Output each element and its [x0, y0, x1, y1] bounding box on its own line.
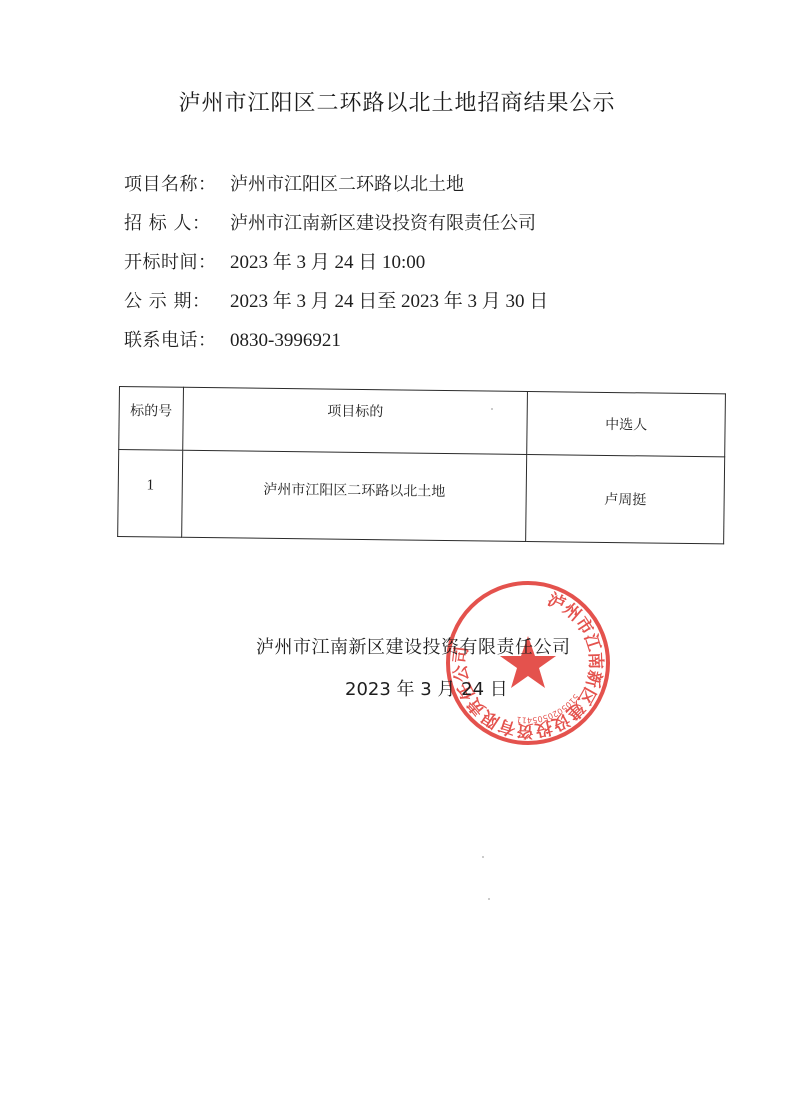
table-row: 1 泸州市江阳区二环路以北土地 卢周挺: [118, 450, 725, 544]
info-value: 0830-3996921: [230, 330, 341, 351]
project-info: 项目名称：泸州市江阳区二环路以北土地 招 标 人：泸州市江南新区建设投资有限责任…: [124, 170, 548, 365]
scan-speck: [491, 408, 493, 410]
info-value: 2023 年 3 月 24 日至 2023 年 3 月 30 日: [230, 291, 548, 312]
info-row-publicity-period: 公 示 期：2023 年 3 月 24 日至 2023 年 3 月 30 日: [124, 287, 548, 326]
table-header-row: 标的号 项目标的 中选人: [119, 387, 726, 457]
document-title: 泸州市江阳区二环路以北土地招商结果公示: [0, 86, 794, 117]
info-value: 泸州市江阳区二环路以北土地: [230, 174, 464, 195]
scan-speck: [482, 856, 484, 858]
info-label: 公 示 期：: [124, 287, 230, 317]
cell-project-subject: 泸州市江阳区二环路以北土地: [182, 450, 527, 541]
info-value: 泸州市江南新区建设投资有限责任公司: [230, 213, 536, 234]
company-seal: 泸州市江南新区建设投资有限责任公司 5105020505411: [443, 578, 613, 748]
scan-speck: [488, 898, 490, 900]
info-label: 项目名称：: [124, 170, 230, 200]
info-label: 联系电话：: [124, 326, 230, 356]
signature-company: 泸州市江南新区建设投资有限责任公司: [256, 633, 571, 659]
cell-lot-number: 1: [118, 450, 183, 538]
info-label: 开标时间：: [124, 248, 230, 278]
info-row-project-name: 项目名称：泸州市江阳区二环路以北土地: [124, 170, 548, 209]
signature-date: 2023 年 3 月 24 日: [345, 675, 508, 701]
header-selected-bidder: 中选人: [527, 391, 725, 456]
header-project-subject: 项目标的: [183, 387, 528, 454]
info-row-phone: 联系电话：0830-3996921: [124, 326, 548, 365]
info-label: 招 标 人：: [124, 209, 230, 239]
cell-selected-bidder: 卢周挺: [526, 454, 725, 543]
info-value: 2023 年 3 月 24 日 10:00: [230, 252, 425, 273]
result-table: 标的号 项目标的 中选人 1 泸州市江阳区二环路以北土地 卢周挺: [117, 386, 726, 544]
info-row-tenderer: 招 标 人：泸州市江南新区建设投资有限责任公司: [124, 209, 548, 248]
info-row-opening-time: 开标时间：2023 年 3 月 24 日 10:00: [124, 248, 548, 287]
header-lot-number: 标的号: [119, 387, 184, 451]
